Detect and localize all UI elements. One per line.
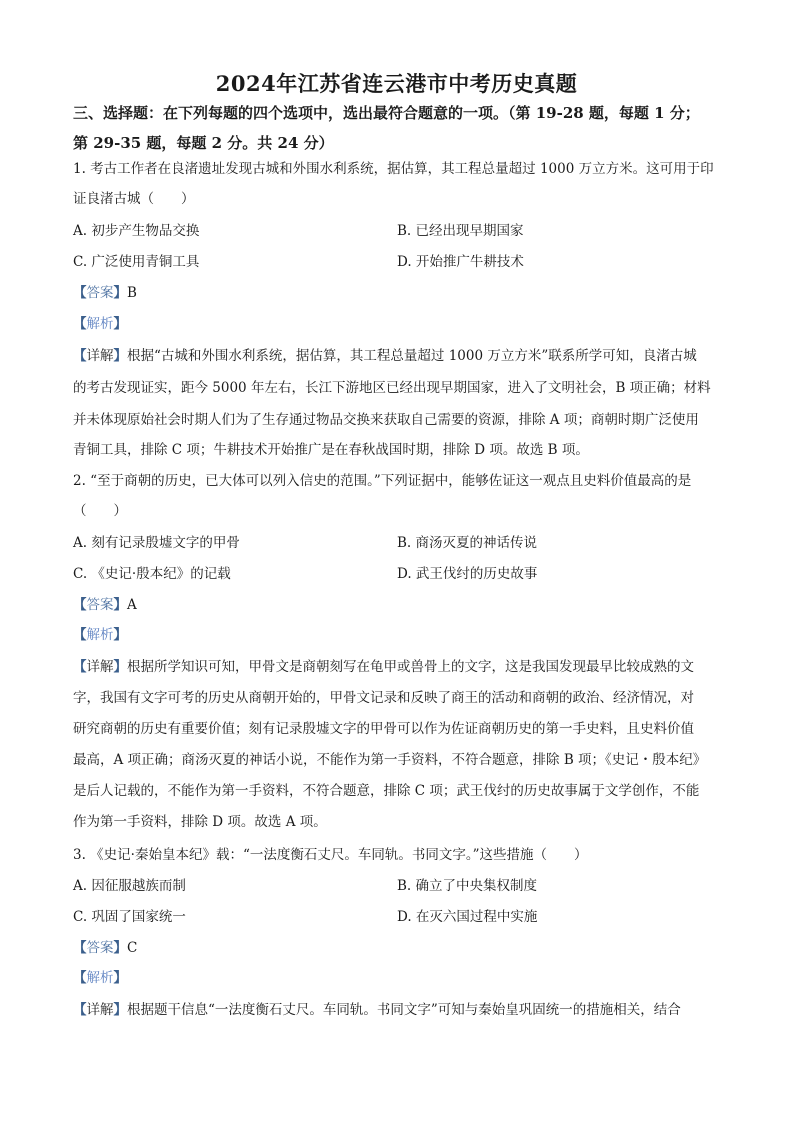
q3-option-b: B. 确立了中央集权制度 [397, 876, 537, 896]
q2-detail-line5: 是后人记载的，不能作为第一手资料，不符合题意，排除 C 项；武王伐纣的历史故事属… [73, 781, 699, 801]
q1-option-c: C. 广泛使用青铜工具 [73, 252, 199, 272]
q3-analysis-label: 【解析】 [73, 968, 127, 988]
q2-detail-line4: 最高，A 项正确；商汤灭夏的神话小说，不能作为第一手资料，不符合题意，排除 B … [73, 750, 706, 770]
q1-analysis-label: 【解析】 [73, 314, 127, 334]
bracket-open: 【 [73, 659, 87, 675]
answer-label: 答案 [87, 940, 114, 956]
detail-label: 详解 [87, 659, 114, 675]
q1-stem-line2: 证良渚古城（ ） [73, 189, 195, 209]
bracket-close: 】 [114, 970, 128, 986]
section-heading-line2: 第 29-35 题，每题 2 分。共 24 分） [73, 133, 334, 153]
bracket-open: 【 [73, 940, 87, 956]
q1-answer: 【答案】B [73, 283, 137, 303]
q2-detail-line1: 【详解】根据所学知识可知，甲骨文是商朝刻写在龟甲或兽骨上的文字，这是我国发现最早… [73, 657, 694, 677]
q2-stem-line2: （ ） [73, 501, 127, 521]
q2-detail-line3: 研究商朝的历史有重要价值；刻有记录殷墟文字的甲骨可以作为佐证商朝历史的第一手史料… [73, 719, 694, 739]
analysis-label: 解析 [87, 627, 114, 643]
q2-option-d: D. 武王伐纣的历史故事 [397, 564, 537, 584]
answer-value: A [127, 597, 137, 613]
q1-option-a: A. 初步产生物品交换 [73, 221, 199, 241]
q1-detail-line3: 并未体现原始社会时期人们为了生存通过物品交换来获取自己需要的资源，排除 A 项；… [73, 410, 699, 430]
bracket-close: 】 [114, 316, 128, 332]
bracket-close: 】 [114, 597, 128, 613]
q3-option-d: D. 在灭六国过程中实施 [397, 907, 537, 927]
q1-detail-line4: 青铜工具，排除 C 项；牛耕技术开始推广是在春秋战国时期，排除 D 项。故选 B… [73, 440, 589, 460]
bracket-open: 【 [73, 970, 87, 986]
q1-stem-line1: 1. 考古工作者在良渚遗址发现古城和外围水利系统，据估算，其工程总量超过 100… [73, 159, 714, 179]
q2-option-a: A. 刻有记录殷墟文字的甲骨 [73, 533, 240, 553]
q1-option-b: B. 已经出现早期国家 [397, 221, 524, 241]
q3-detail-line1: 【详解】根据题干信息“一法度衡石丈尺。车同轨。书同文字”可知与秦始皇巩固统一的措… [73, 1000, 681, 1020]
bracket-close: 】 [114, 659, 128, 675]
section-heading-line1: 三、选择题：在下列每题的四个选项中，选出最符合题意的一项。（第 19-28 题，… [73, 103, 700, 123]
q1-detail-line1: 【详解】根据“古城和外围水利系统，据估算，其工程总量超过 1000 万立方米”联… [73, 346, 697, 366]
bracket-close: 】 [114, 285, 128, 301]
answer-label: 答案 [87, 597, 114, 613]
answer-label: 答案 [87, 285, 114, 301]
answer-value: C [127, 940, 137, 956]
q3-answer: 【答案】C [73, 938, 137, 958]
q2-detail-line2: 字，我国有文字可考的历史从商朝开始的，甲骨文记录和反映了商王的活动和商朝的政治、… [73, 688, 694, 708]
answer-value: B [127, 285, 137, 301]
bracket-open: 【 [73, 1002, 87, 1018]
page-title: 2024年江苏省连云港市中考历史真题 [0, 68, 793, 98]
document-page: 2024年江苏省连云港市中考历史真题 三、选择题：在下列每题的四个选项中，选出最… [0, 0, 793, 1122]
q1-detail-line2: 的考古发现证实，距今 5000 年左右，长江下游地区已经出现早期国家，进入了文明… [73, 378, 711, 398]
q2-option-b: B. 商汤灭夏的神话传说 [397, 533, 537, 553]
bracket-open: 【 [73, 285, 87, 301]
q3-stem-line1: 3. 《史记·秦始皇本纪》载：“一法度衡石丈尺。车同轨。书同文字。”这些措施（ … [73, 845, 588, 865]
bracket-open: 【 [73, 627, 87, 643]
q2-analysis-label: 【解析】 [73, 625, 127, 645]
q1-option-d: D. 开始推广牛耕技术 [397, 252, 524, 272]
detail-label: 详解 [87, 1002, 114, 1018]
q2-detail-line6: 作为第一手资料，排除 D 项。故选 A 项。 [73, 812, 327, 832]
bracket-open: 【 [73, 348, 87, 364]
detail-text: 根据所学知识可知，甲骨文是商朝刻写在龟甲或兽骨上的文字，这是我国发现最早比较成熟… [127, 659, 694, 675]
detail-label: 详解 [87, 348, 114, 364]
bracket-close: 】 [114, 348, 128, 364]
q3-option-c: C. 巩固了国家统一 [73, 907, 186, 927]
bracket-close: 】 [114, 1002, 128, 1018]
bracket-close: 】 [114, 627, 128, 643]
q3-option-a: A. 因征服越族而制 [73, 876, 186, 896]
bracket-close: 】 [114, 940, 128, 956]
q2-answer: 【答案】A [73, 595, 137, 615]
bracket-open: 【 [73, 597, 87, 613]
bracket-open: 【 [73, 316, 87, 332]
analysis-label: 解析 [87, 316, 114, 332]
detail-text: 根据题干信息“一法度衡石丈尺。车同轨。书同文字”可知与秦始皇巩固统一的措施相关，… [127, 1002, 681, 1018]
detail-text: 根据“古城和外围水利系统，据估算，其工程总量超过 1000 万立方米”联系所学可… [127, 348, 697, 364]
q2-stem-line1: 2. “至于商朝的历史，已大体可以列入信史的范围。”下列证据中，能够佐证这一观点… [73, 471, 691, 491]
q2-option-c: C. 《史记·殷本纪》的记载 [73, 564, 231, 584]
analysis-label: 解析 [87, 970, 114, 986]
